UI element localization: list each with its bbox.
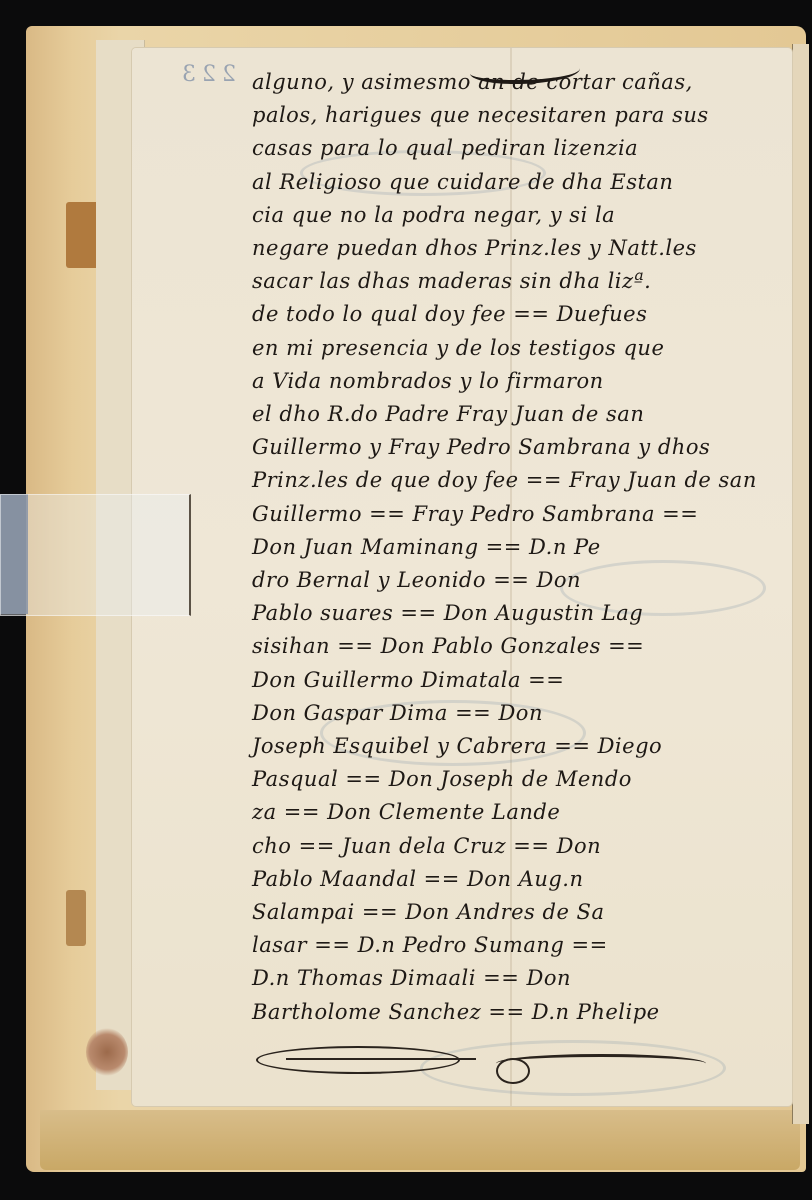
text-line: Bartholome Sanchez == D.n Phelipe	[252, 996, 752, 1029]
text-line: en mi presencia y de los testigos que	[252, 332, 752, 365]
water-stain	[86, 1028, 128, 1076]
text-line: lasar == D.n Pedro Sumang ==	[252, 929, 752, 962]
folio-number: 223	[176, 62, 236, 87]
text-line: Guillermo == Fray Pedro Sambrana ==	[252, 498, 752, 531]
text-line: sisihan == Don Pablo Gonzales ==	[252, 630, 752, 663]
text-line: Pasqual == Don Joseph de Mendo	[252, 763, 752, 796]
text-line: de todo lo qual doy fee == Duefues	[252, 298, 752, 331]
transparent-tape	[0, 494, 191, 616]
text-line: el dho R.do Padre Fray Juan de san	[252, 398, 752, 431]
text-line: palos, harigues que necesitaren para sus	[252, 99, 752, 132]
text-line: alguno, y asimesmo an de cortar cañas,	[252, 66, 752, 99]
text-line: dro Bernal y Leonido == Don	[252, 564, 752, 597]
text-line: D.n Thomas Dimaali == Don	[252, 962, 752, 995]
text-line: Joseph Esquibel y Cabrera == Diego	[252, 730, 752, 763]
text-line: cia que no la podra negar, y si la	[252, 199, 752, 232]
text-line: Pablo Maandal == Don Aug.n	[252, 863, 752, 896]
text-line: Don Guillermo Dimatala ==	[252, 664, 752, 697]
text-line: Salampai == Don Andres de Sa	[252, 896, 752, 929]
text-line: Guillermo y Fray Pedro Sambrana y dhos	[252, 431, 752, 464]
closing-flourish	[256, 1044, 716, 1074]
adjacent-leaf-edge	[792, 44, 809, 1124]
text-line: sacar las dhas maderas sin dha lizª.	[252, 265, 752, 298]
manuscript-text: alguno, y asimesmo an de cortar cañas, p…	[252, 66, 752, 1029]
text-line: a Vida nombrados y lo firmaron	[252, 365, 752, 398]
text-line: Prinz.les de que doy fee == Fray Juan de…	[252, 464, 752, 497]
text-line: Don Gaspar Dima == Don	[252, 697, 752, 730]
text-line: Don Juan Maminang == D.n Pe	[252, 531, 752, 564]
text-line: Pablo suares == Don Augustin Lag	[252, 597, 752, 630]
text-line: casas para lo qual pediran lizenzia	[252, 132, 752, 165]
vellum-cover-bottom-edge	[40, 1110, 800, 1170]
text-line: negare puedan dhos Prinz.les y Natt.les	[252, 232, 752, 265]
text-line: cho == Juan dela Cruz == Don	[252, 830, 752, 863]
leather-patch-lower	[66, 890, 86, 946]
text-line: al Religioso que cuidare de dha Estan	[252, 166, 752, 199]
text-line: za == Don Clemente Lande	[252, 796, 752, 829]
